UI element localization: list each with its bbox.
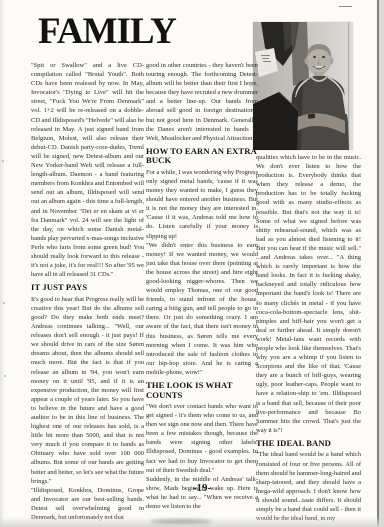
paragraph: good in other countries - they haven't b…: [146, 61, 258, 143]
paragraph: qualities which have to be in the music.…: [256, 153, 361, 435]
section-heading-the-look-is-what-counts: THE LOOK IS WHAT COUNTS: [146, 381, 258, 400]
scan-speck: [2, 160, 4, 162]
scan-smudge: [150, 519, 212, 524]
paragraph: "We don't ever contact bands who want to…: [146, 402, 258, 475]
interviewee-photo: [253, 22, 353, 150]
page-number: -19-: [146, 482, 258, 494]
photo-man-ear-left: [305, 58, 309, 64]
photo-man-eye-left: [313, 56, 316, 58]
paragraph: "The ideal band would be a band which co…: [256, 450, 361, 523]
section-heading-how-to-earn-an-extra-buck: HOW TO EARN AN EXTRA BUCK: [146, 147, 258, 166]
magazine-page: FAMILY: [0, 0, 384, 527]
scan-tick-mark: [339, 6, 352, 7]
scan-edge-left: [0, 0, 5, 527]
paragraph: "We didn't enter this business to earn m…: [146, 241, 258, 377]
text-column-2: good in other countries - they haven't b…: [146, 61, 258, 511]
scan-edge-right-line: [377, 0, 379, 527]
photo-wall-shadow: [291, 22, 309, 86]
text-column-3: qualities which have to be in the music.…: [256, 153, 361, 523]
paragraph: For a while, I was wondering why Progres…: [146, 168, 258, 241]
scan-speck: [3, 302, 5, 304]
scan-speck: [4, 375, 6, 377]
photo-illustration: [253, 22, 353, 150]
page-title: FAMILY: [38, 10, 176, 53]
paragraph: It's good to hear that Progress really w…: [31, 295, 144, 486]
section-heading-the-ideal-band: THE IDEAL BAND: [256, 439, 361, 449]
text-column-1: "Spit or Swallow" and a live CD-compilat…: [31, 61, 144, 522]
photo-man-eye-right: [322, 56, 325, 58]
scan-edge-right-pale: [379, 0, 384, 527]
paragraph: "Spit or Swallow" and a live CD-compilat…: [31, 61, 144, 279]
section-heading-it-just-pays: IT JUST PAYS: [31, 283, 144, 293]
photo-man-ear-right: [330, 58, 334, 64]
